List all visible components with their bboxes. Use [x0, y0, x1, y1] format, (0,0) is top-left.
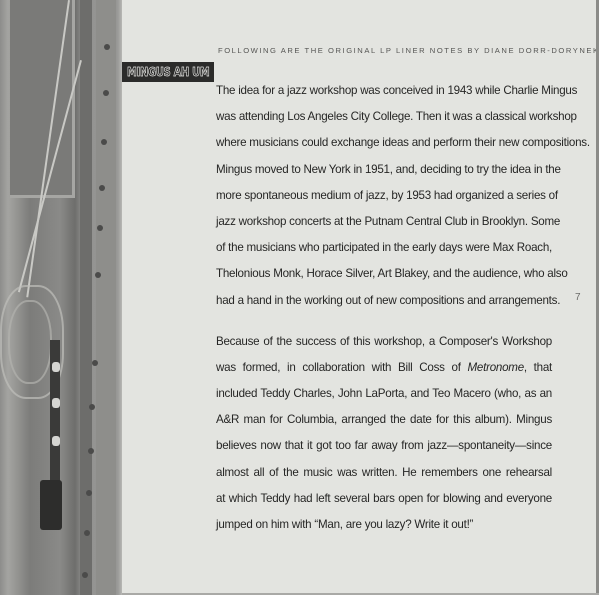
fixture-bead	[52, 398, 60, 408]
text-line: where musicians could exchange ideas and…	[216, 130, 552, 156]
text-line: included Teddy Charles, John LaPorta, an…	[216, 381, 552, 407]
intro-heading: FOLLOWING ARE THE ORIGINAL LP LINER NOTE…	[218, 46, 599, 55]
text-line: almost all of the music was written. He …	[216, 460, 552, 486]
left-photo	[0, 0, 122, 595]
metal-rail	[80, 0, 92, 595]
text-line: Because of the success of this workshop,…	[216, 329, 552, 355]
text-line: Thelonious Monk, Horace Silver, Art Blak…	[216, 261, 552, 287]
text-line: at which Teddy had left several bars ope…	[216, 486, 552, 512]
rivet	[84, 530, 90, 536]
paragraph: The idea for a jazz workshop was conceiv…	[216, 78, 552, 314]
text-line: of the musicians who participated in the…	[216, 235, 552, 261]
text-line: The idea for a jazz workshop was conceiv…	[216, 78, 552, 104]
text-line: jazz workshop concerts at the Putnam Cen…	[216, 209, 552, 235]
liner-notes-body: The idea for a jazz workshop was conceiv…	[216, 78, 552, 538]
paragraph: Because of the success of this workshop,…	[216, 329, 552, 539]
text-line: was formed, in collaboration with Bill C…	[216, 355, 552, 381]
fixture-bulb	[40, 480, 62, 530]
text-line: believes now that it got too far away fr…	[216, 433, 552, 459]
rivet	[97, 225, 103, 231]
wire-coil	[8, 300, 52, 384]
rivet	[95, 272, 101, 278]
rivet	[92, 360, 98, 366]
rivet	[86, 490, 92, 496]
rivet	[89, 404, 95, 410]
text-line: more spontaneous medium of jazz, by 1953…	[216, 183, 552, 209]
rivet	[88, 448, 94, 454]
rivet	[82, 572, 88, 578]
italic-title: Metronome	[468, 361, 524, 374]
text-line: had a hand in the working out of new com…	[216, 288, 552, 314]
text-line: A&R man for Columbia, arranged the date …	[216, 407, 552, 433]
fixture-bead	[52, 436, 60, 446]
fixture-bead	[52, 362, 60, 372]
page-number: 7	[575, 292, 581, 303]
rivet	[103, 90, 109, 96]
rivet	[101, 139, 107, 145]
rivet	[104, 44, 110, 50]
rivet	[99, 185, 105, 191]
section-label: MINGUS AH UM	[122, 62, 214, 82]
text-line: was attending Los Angeles City College. …	[216, 104, 552, 130]
text-line: jumped on him with “Man, are you lazy? W…	[216, 512, 552, 538]
section-label-text: MINGUS AH UM	[127, 65, 209, 79]
text-line: Mingus moved to New York in 1951, and, d…	[216, 157, 552, 183]
